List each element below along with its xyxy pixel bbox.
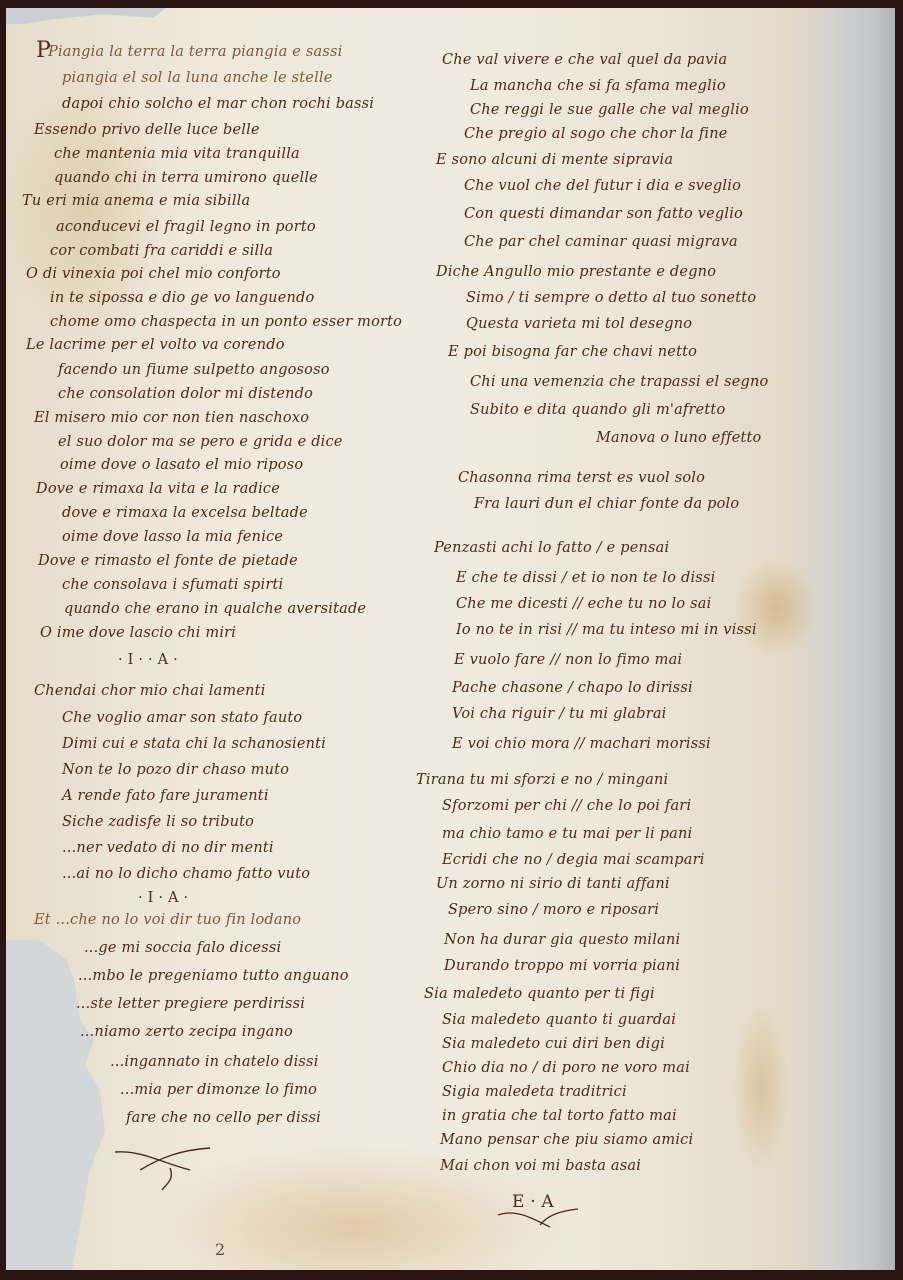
text-line: Durando troppo mi vorria piani	[444, 958, 680, 974]
text-line: Fra lauri dun el chiar fonte da polo	[474, 496, 739, 512]
text-line: A rende fato fare juramenti	[62, 788, 269, 804]
text-line: Tirana tu mi sforzi e no / mingani	[416, 772, 668, 788]
text-line: Dimi cui e stata chi la schanosienti	[62, 736, 326, 752]
binding-edge	[875, 8, 895, 1270]
text-line: in gratia che tal torto fatto mai	[442, 1108, 677, 1124]
text-line: E che te dissi / et io non te lo dissi	[456, 570, 715, 586]
text-line: ...niamo zerto zecipa ingano	[80, 1024, 293, 1040]
text-line: Che par chel caminar quasi migrava	[464, 234, 738, 250]
text-line: ...ge mi soccia falo dicessi	[84, 940, 281, 956]
text-line: La mancha che si fa sfama meglio	[470, 78, 726, 94]
text-line: ...mia per dimonze lo fimo	[120, 1082, 317, 1098]
text-line: O di vinexia poi chel mio conforto	[26, 266, 281, 282]
text-line: Chendai chor mio chai lamenti	[34, 683, 266, 699]
text-line: Non ha durar gia questo milani	[444, 932, 680, 948]
section-mark: · I · A ·	[138, 890, 188, 906]
text-line: ...ner vedato di no dir menti	[62, 840, 274, 856]
text-line: Questa varieta mi tol desegno	[466, 316, 692, 332]
text-line: ...ste letter pregiere perdirissi	[76, 996, 305, 1012]
text-line: Simo / ti sempre o detto al tuo sonetto	[466, 290, 756, 306]
section-mark: · I · · A ·	[118, 652, 178, 668]
text-line: Mai chon voi mi basta asai	[440, 1158, 641, 1174]
text-line: E sono alcuni di mente sipravia	[436, 152, 673, 168]
text-line: che consolation dolor mi distendo	[58, 386, 313, 402]
text-line: Et ...che no lo voi dir tuo fin lodano	[34, 912, 301, 928]
text-line: Chio dia no / di poro ne voro mai	[442, 1060, 690, 1076]
text-line: oime dove lasso la mia fenice	[62, 529, 283, 545]
text-line: PPiangia la terra la terra piangia e sas…	[48, 44, 342, 60]
text-line: Chi una vemenzia che trapassi el segno	[470, 374, 769, 390]
text-line: che consolava i sfumati spirti	[62, 577, 283, 593]
text-line: Non te lo pozo dir chaso muto	[62, 762, 289, 778]
text-line: Ecridi che no / degia mai scampari	[442, 852, 705, 868]
text-line: Che vuol che del futur i dia e sveglio	[464, 178, 741, 194]
text-line: chome omo chaspecta in un ponto esser mo…	[50, 314, 402, 330]
text-line: quando chi in terra umirono quelle	[54, 170, 318, 186]
text-line: E voi chio mora // machari morissi	[452, 736, 711, 752]
text-line: Che val vivere e che val quel da pavia	[442, 52, 727, 68]
text-line: aconducevi el fragil legno in porto	[56, 219, 316, 235]
text-line: Dove e rimasto el fonte de pietade	[38, 553, 298, 569]
text-line: E vuolo fare // non lo fimo mai	[454, 652, 682, 668]
text-line: Voi cha riguir / tu mi glabrai	[452, 706, 667, 722]
text-line: Chasonna rima terst es vuol solo	[458, 470, 705, 486]
text-line: el suo dolor ma se pero e grida e dice	[58, 434, 343, 450]
text-line: dapoi chio solcho el mar chon rochi bass…	[62, 96, 374, 112]
text-line: Che voglio amar son stato fauto	[62, 710, 302, 726]
flourish-left	[110, 1140, 220, 1200]
text-line: Sia maledeto cui diri ben digi	[442, 1036, 665, 1052]
text-line: ...ai no lo dicho chamo fatto vuto	[62, 866, 310, 882]
flourish-right	[490, 1205, 590, 1245]
text-line: Sia maledeto quanto ti guardai	[442, 1012, 676, 1028]
text-line: Sia maledeto quanto per ti figi	[424, 986, 655, 1002]
text-line: Io no te in risi // ma tu inteso mi in v…	[456, 622, 757, 638]
text-line: Siche zadisfe li so tributo	[62, 814, 254, 830]
text-line: dove e rimaxa la excelsa beltade	[62, 505, 308, 521]
text-line: Spero sino / moro e riposari	[448, 902, 659, 918]
text-line: facendo un fiume sulpetto angososo	[58, 362, 330, 378]
text-line: quando che erano in qualche aversitade	[64, 601, 366, 617]
text-line: ma chio tamo e tu mai per li pani	[442, 826, 692, 842]
text-line: Mano pensar che piu siamo amici	[440, 1132, 693, 1148]
text-line: piangia el sol la luna anche le stelle	[62, 70, 333, 86]
text-line: che mantenia mia vita tranquilla	[54, 146, 300, 162]
text-line: Diche Angullo mio prestante e degno	[436, 264, 716, 280]
text-line: Manova o luno effetto	[596, 430, 761, 446]
text-line: E poi bisogna far che chavi netto	[448, 344, 697, 360]
text-line: Pache chasone / chapo lo dirissi	[452, 680, 693, 696]
text-line: Le lacrime per el volto va corendo	[26, 337, 285, 353]
text-line: Sforzomi per chi // che lo poi fari	[442, 798, 691, 814]
page-number: 2	[215, 1240, 225, 1259]
text-line: Con questi dimandar son fatto veglio	[464, 206, 743, 222]
text-line: Un zorno ni sirio di tanti affani	[436, 876, 670, 892]
text-line: Tu eri mia anema e mia sibilla	[22, 193, 250, 209]
text-line: oime dove o lasato el mio riposo	[60, 457, 303, 473]
text-line: Penzasti achi lo fatto / e pensai	[434, 540, 669, 556]
text-line: Subito e dita quando gli m'afretto	[470, 402, 725, 418]
text-line: Che me dicesti // eche tu no lo sai	[456, 596, 711, 612]
text-line: El misero mio cor non tien naschoxo	[34, 410, 309, 426]
text-line: Che pregio al sogo che chor la fine	[464, 126, 728, 142]
text-line: fare che no cello per dissi	[126, 1110, 321, 1126]
text-line: ...ingannato in chatelo dissi	[110, 1054, 319, 1070]
text-line: in te sipossa e dio ge vo languendo	[50, 290, 314, 306]
text-line: ...mbo le pregeniamo tutto anguano	[78, 968, 349, 984]
text-line: Sigia maledeta traditrici	[442, 1084, 627, 1100]
text-line: Essendo privo delle luce belle	[34, 122, 260, 138]
text-line: Dove e rimaxa la vita e la radice	[36, 481, 280, 497]
text-line: Che reggi le sue galle che val meglio	[470, 102, 749, 118]
text-line: O ime dove lascio chi miri	[40, 625, 236, 641]
text-line: cor combati fra cariddi e silla	[50, 243, 273, 259]
